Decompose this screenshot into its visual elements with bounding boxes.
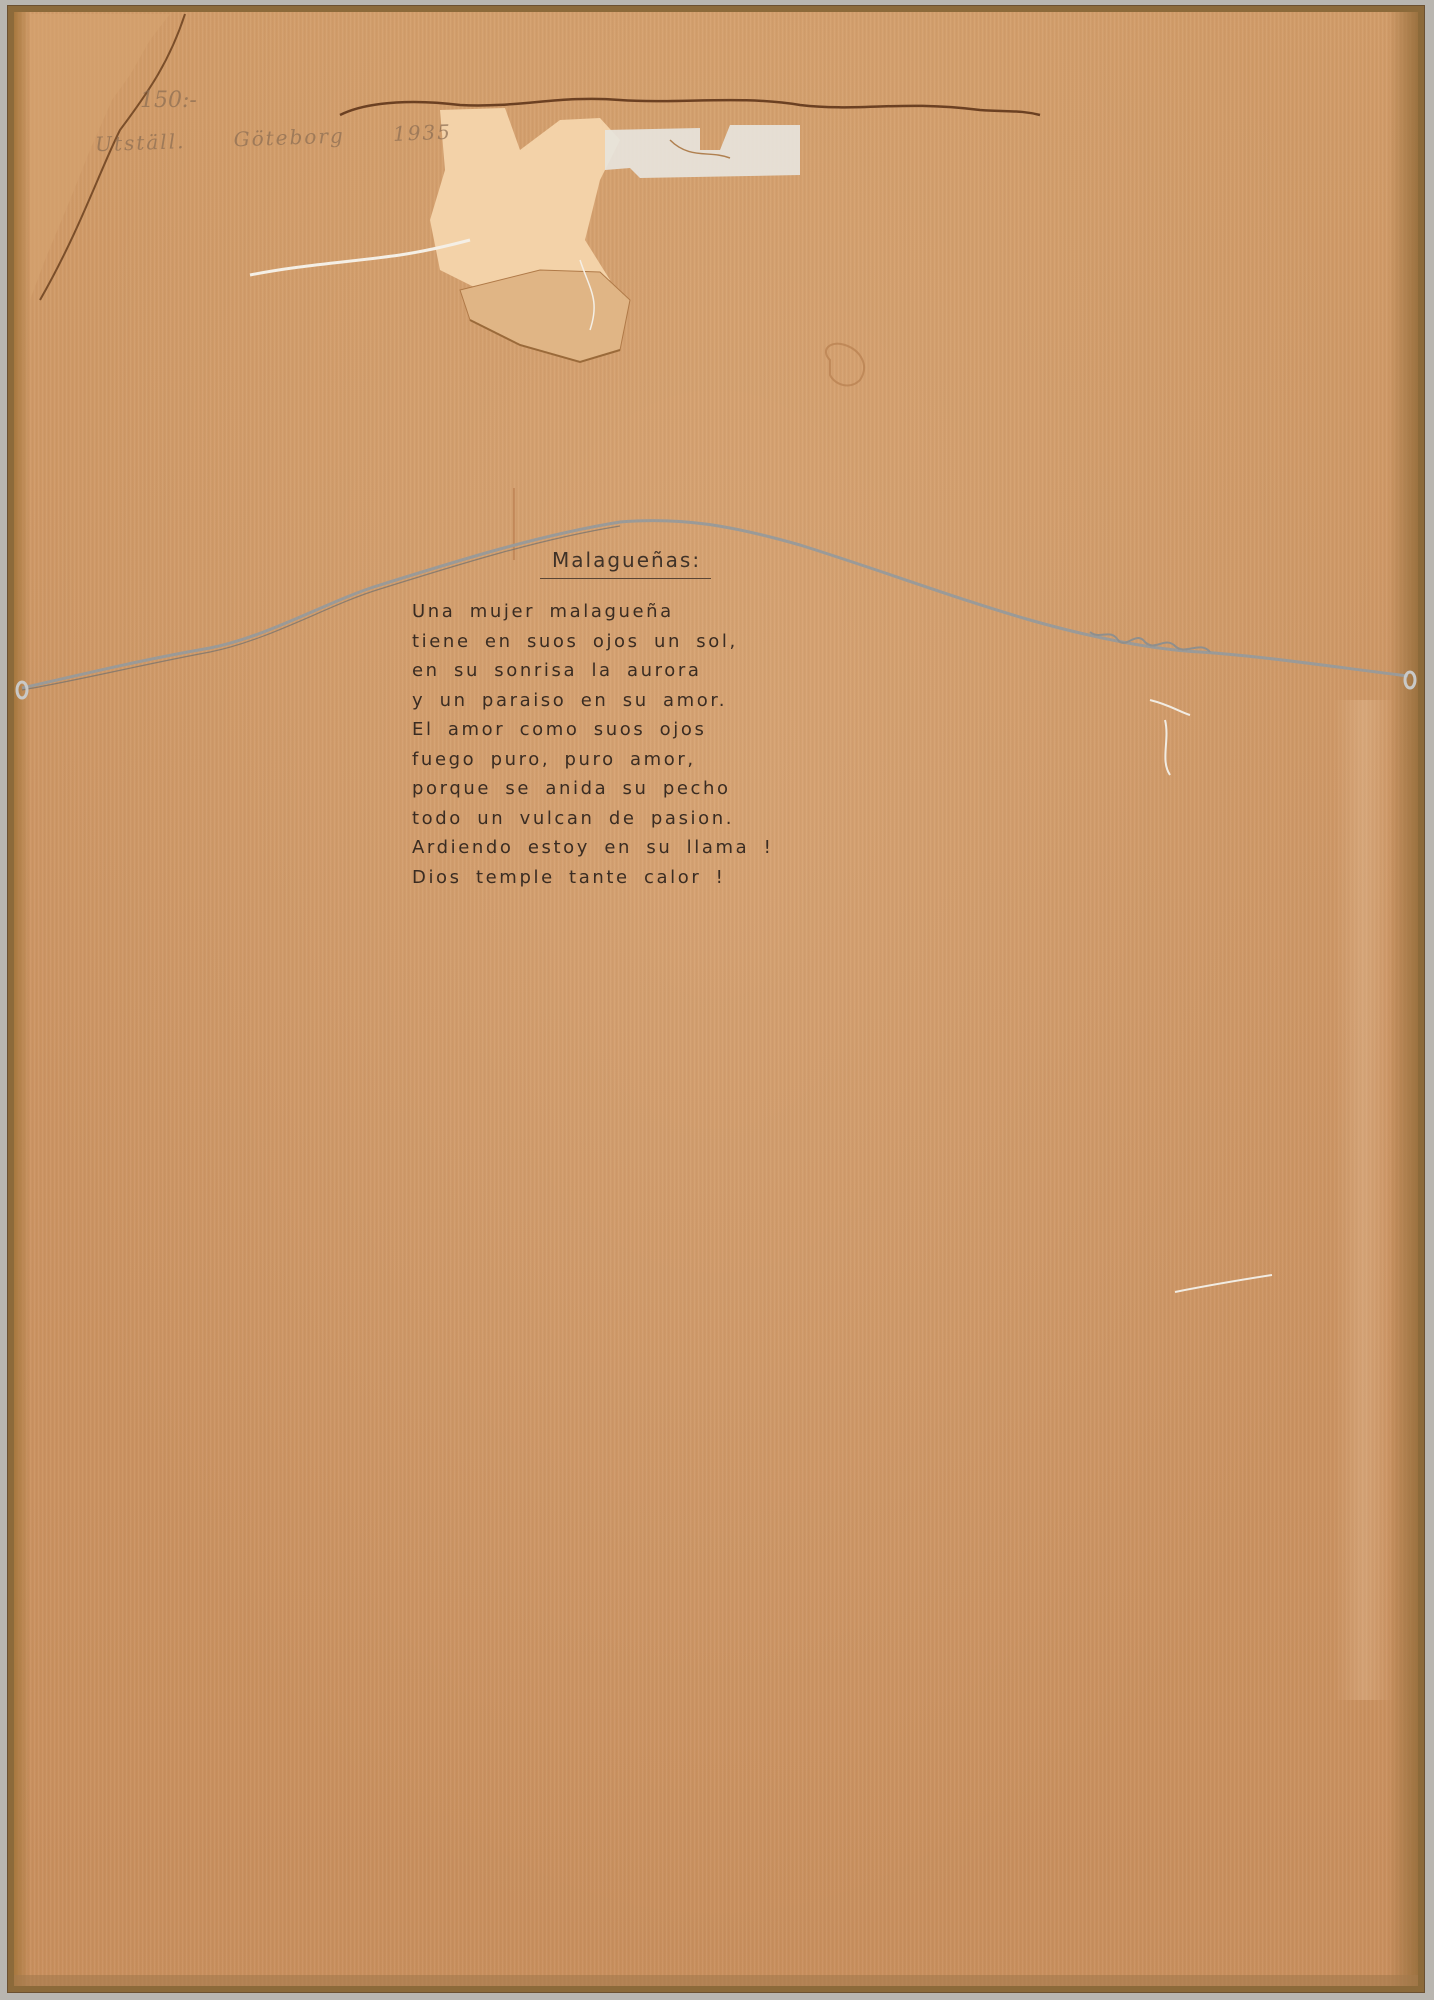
- poem-line: Una mujer malagueña: [412, 597, 772, 627]
- poem-body: Una mujer malagueña tiene en suos ojos u…: [412, 597, 772, 892]
- poem-line: porque se anida su pecho: [412, 774, 772, 804]
- poem-line: todo un vulcan de pasion.: [412, 804, 772, 834]
- poem-line: tiene en suos ojos un sol,: [412, 627, 772, 657]
- poem-title: Malagueñas:: [540, 548, 711, 579]
- torn-underlayer: [430, 108, 620, 300]
- poem-line: Dios temple tante calor !: [412, 863, 772, 893]
- water-stain: [826, 344, 864, 386]
- torn-flap: [460, 270, 630, 362]
- pencil-price-mark: 150:-: [140, 88, 197, 113]
- poem-line: y un paraiso en su amor.: [412, 686, 772, 716]
- paper-damage-and-wire: [0, 0, 1434, 2000]
- torn-top-edge: [30, 14, 170, 300]
- tape-residue: [605, 125, 800, 178]
- poem-line: fuego puro, puro amor,: [412, 745, 772, 775]
- poem-line: El amor como suos ojos: [412, 715, 772, 745]
- wire-eyelet-right: [1405, 672, 1415, 688]
- poem-line: Ardiendo estoy en su llama !: [412, 833, 772, 863]
- handwritten-poem: Malagueñas: Una mujer malagueña tiene en…: [412, 548, 772, 892]
- poem-line: en su sonrisa la aurora: [412, 656, 772, 686]
